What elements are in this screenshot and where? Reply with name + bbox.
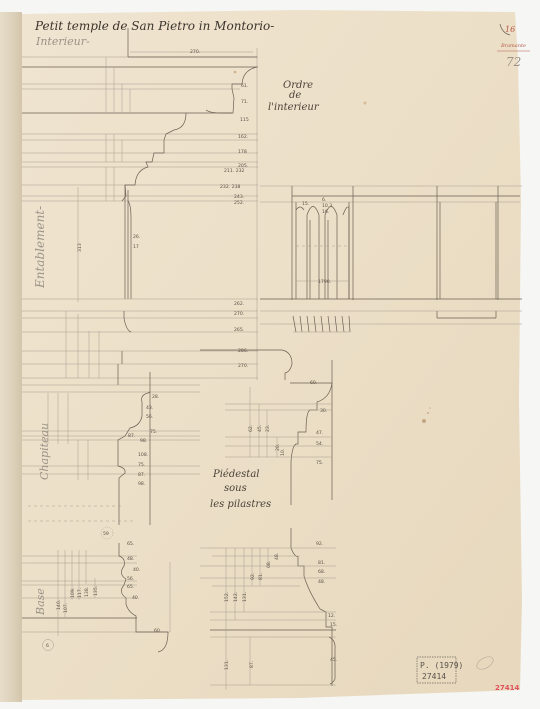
svg-text:87.: 87. — [128, 433, 135, 439]
svg-text:15.: 15. — [330, 622, 337, 628]
svg-text:47.: 47. — [316, 430, 323, 436]
svg-text:1790.: 1790. — [318, 279, 331, 285]
svg-text:les pilastres: les pilastres — [210, 499, 271, 510]
svg-text:23.: 23. — [265, 425, 271, 432]
svg-text:Piédestal: Piédestal — [212, 469, 259, 480]
svg-text:45.: 45. — [330, 657, 337, 663]
svg-text:211. 232: 211. 232 — [224, 168, 245, 174]
svg-text:65.: 65. — [127, 541, 134, 547]
svg-text:60.: 60. — [310, 380, 317, 386]
svg-text:59: 59 — [103, 531, 109, 537]
svg-text:68.: 68. — [266, 561, 272, 568]
svg-text:12.: 12. — [328, 613, 335, 619]
svg-text:142.: 142. — [233, 592, 239, 602]
binding-strip — [0, 12, 22, 702]
svg-text:87.: 87. — [249, 661, 255, 668]
svg-text:71.: 71. — [241, 99, 248, 105]
svg-text:72: 72 — [506, 55, 521, 69]
svg-text:81.: 81. — [318, 560, 325, 566]
svg-text:270.: 270. — [190, 49, 200, 55]
svg-text:65.: 65. — [127, 584, 134, 590]
svg-text:117.: 117. — [77, 588, 83, 598]
svg-text:270.: 270. — [238, 363, 248, 369]
svg-text:56.: 56. — [127, 576, 134, 582]
svg-text:265.: 265. — [234, 327, 244, 333]
entablement-label: Entablement- — [33, 206, 47, 289]
svg-text:45.: 45. — [257, 425, 263, 432]
svg-text:98.: 98. — [138, 481, 145, 487]
svg-text:43.: 43. — [146, 405, 153, 411]
drawing-subtitle: Interieur- — [35, 35, 90, 48]
svg-text:28.: 28. — [152, 394, 159, 400]
svg-text:6.: 6. — [322, 197, 326, 203]
svg-text:30.: 30. — [320, 408, 327, 414]
base-label: Base — [34, 588, 47, 616]
red-inventory-mark: 27414 — [495, 684, 519, 692]
svg-text:178: 178 — [238, 149, 247, 155]
svg-text:243.: 243. — [234, 194, 244, 200]
svg-text:48.: 48. — [127, 556, 134, 562]
svg-text:Bramante: Bramante — [500, 43, 526, 49]
svg-text:10.3: 10.3 — [322, 203, 332, 209]
svg-text:54.: 54. — [316, 441, 323, 447]
svg-text:61.: 61. — [241, 83, 248, 89]
svg-text:162.: 162. — [238, 134, 248, 140]
svg-text:10.: 10. — [280, 449, 286, 456]
svg-text:152.: 152. — [224, 592, 230, 602]
svg-text:75.: 75. — [316, 460, 323, 466]
svg-text:313: 313 — [77, 243, 83, 252]
svg-text:15.: 15. — [302, 201, 309, 207]
svg-text:sous: sous — [224, 483, 247, 494]
svg-text:48.: 48. — [318, 579, 325, 585]
svg-text:75.: 75. — [150, 429, 157, 435]
svg-text:26.: 26. — [133, 234, 140, 240]
svg-text:140.: 140. — [56, 600, 62, 610]
svg-text:16.: 16. — [322, 209, 329, 215]
svg-text:115: 115 — [240, 117, 249, 123]
svg-text:40.: 40. — [132, 595, 139, 601]
svg-text:16: 16 — [505, 25, 515, 34]
svg-text:75.: 75. — [138, 462, 145, 468]
svg-text:232. 238: 232. 238 — [220, 184, 241, 190]
svg-text:81.: 81. — [258, 573, 264, 580]
svg-text:17: 17 — [133, 244, 139, 250]
svg-text:56.: 56. — [146, 414, 153, 420]
svg-text:92.: 92. — [250, 573, 256, 580]
svg-text:68.: 68. — [318, 569, 325, 575]
svg-text:48.: 48. — [274, 553, 280, 560]
svg-text:40.: 40. — [133, 567, 140, 573]
svg-text:252.: 252. — [234, 200, 244, 206]
svg-text:6: 6 — [46, 643, 49, 649]
svg-text:135.: 135. — [93, 586, 99, 596]
svg-text:108.: 108. — [138, 452, 148, 458]
svg-text:92.: 92. — [316, 541, 323, 547]
svg-text:286.: 286. — [238, 348, 248, 354]
svg-text:109.: 109. — [70, 588, 76, 598]
drawing-title: Petit temple de San Pietro in Montorio- — [34, 19, 274, 33]
svg-text:P. (1979): P. (1979) — [420, 661, 463, 670]
svg-text:270.: 270. — [234, 311, 244, 317]
svg-text:131.: 131. — [242, 592, 248, 602]
architectural-drawing-sheet: Petit temple de San Pietro in Montorio- … — [0, 0, 540, 709]
svg-text:107.: 107. — [63, 603, 69, 613]
svg-text:262.: 262. — [234, 301, 244, 307]
svg-text:138.: 138. — [84, 587, 90, 597]
svg-text:131.: 131. — [224, 660, 230, 670]
svg-text:de: de — [289, 90, 301, 101]
svg-text:98.: 98. — [140, 438, 147, 444]
svg-text:l'interieur: l'interieur — [268, 102, 320, 113]
chapiteau-label: Chapiteau — [38, 423, 51, 480]
svg-text:60.: 60. — [154, 628, 161, 634]
svg-text:87.: 87. — [138, 472, 145, 478]
svg-text:27414: 27414 — [422, 672, 446, 681]
svg-text:62.: 62. — [248, 425, 254, 432]
